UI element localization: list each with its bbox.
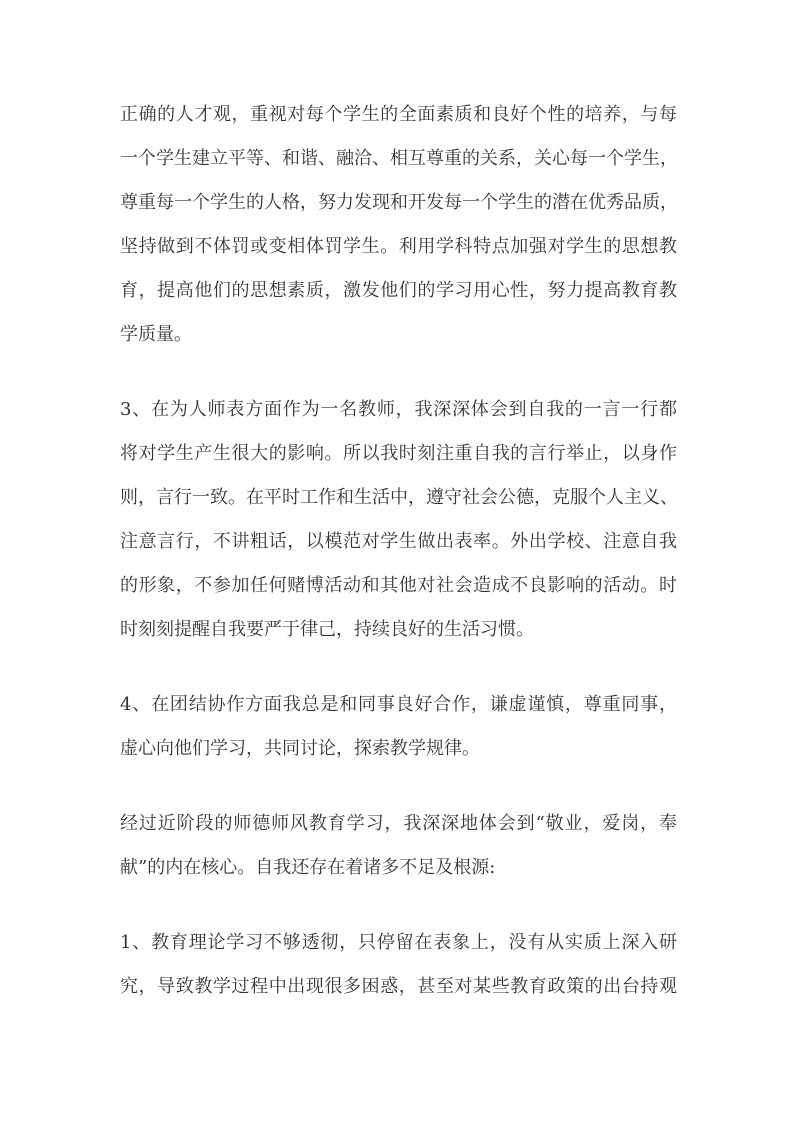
paragraph: 1、教育理论学习不够透彻，只停留在表象上，没有从实质上深入研究，导致教学过程中出… <box>120 921 677 1009</box>
text-line: 坚持做到不体罚或变相体罚学生。利用学科特点加强对学生的思想教 <box>120 225 677 269</box>
text-line: 育，提高他们的思想素质，激发他们的学习用心性，努力提高教育教 <box>120 269 677 313</box>
paragraph: 正确的人才观，重视对每个学生的全面素质和良好个性的培养，与每一个学生建立平等、和… <box>120 93 677 357</box>
text-line: 正确的人才观，重视对每个学生的全面素质和良好个性的培养，与每 <box>120 93 677 137</box>
text-line: 3、在为人师表方面作为一名教师，我深深体会到自我的一言一行都 <box>120 388 677 432</box>
text-line: 时刻刻提醒自我要严于律己，持续良好的生活习惯。 <box>120 608 677 652</box>
paragraph: 3、在为人师表方面作为一名教师，我深深体会到自我的一言一行都将对学生产生很大的影… <box>120 388 677 652</box>
text-line: 究，导致教学过程中出现很多困惑，甚至对某些教育政策的出台持观 <box>120 965 677 1009</box>
text-line: 1、教育理论学习不够透彻，只停留在表象上，没有从实质上深入研 <box>120 921 677 965</box>
text-line: 一个学生建立平等、和谐、融洽、相互尊重的关系，关心每一个学生， <box>120 137 677 181</box>
paragraph: 经过近阶段的师德师风教育学习，我深深地体会到“敬业，爱岗，奉献”的内在核心。自我… <box>120 802 677 890</box>
paragraph: 4、在团结协作方面我总是和同事良好合作，谦虚谨慎，尊重同事，虚心向他们学习，共同… <box>120 683 677 771</box>
document-page: 正确的人才观，重视对每个学生的全面素质和良好个性的培养，与每一个学生建立平等、和… <box>0 0 793 1122</box>
text-line: 尊重每一个学生的人格，努力发现和开发每一个学生的潜在优秀品质， <box>120 181 677 225</box>
text-line: 将对学生产生很大的影响。所以我时刻注重自我的言行举止，以身作 <box>120 432 677 476</box>
text-line: 献”的内在核心。自我还存在着诸多不足及根源: <box>120 846 677 890</box>
text-line: 的形象，不参加任何赌博活动和其他对社会造成不良影响的活动。时 <box>120 564 677 608</box>
document-body: 正确的人才观，重视对每个学生的全面素质和良好个性的培养，与每一个学生建立平等、和… <box>120 93 677 1009</box>
text-line: 则，言行一致。在平时工作和生活中，遵守社会公德，克服个人主义、 <box>120 476 677 520</box>
text-line: 学质量。 <box>120 313 677 357</box>
text-line: 虚心向他们学习，共同讨论，探索教学规律。 <box>120 727 677 771</box>
text-line: 4、在团结协作方面我总是和同事良好合作，谦虚谨慎，尊重同事， <box>120 683 677 727</box>
text-line: 注意言行，不讲粗话，以模范对学生做出表率。外出学校、注意自我 <box>120 520 677 564</box>
text-line: 经过近阶段的师德师风教育学习，我深深地体会到“敬业，爱岗，奉 <box>120 802 677 846</box>
